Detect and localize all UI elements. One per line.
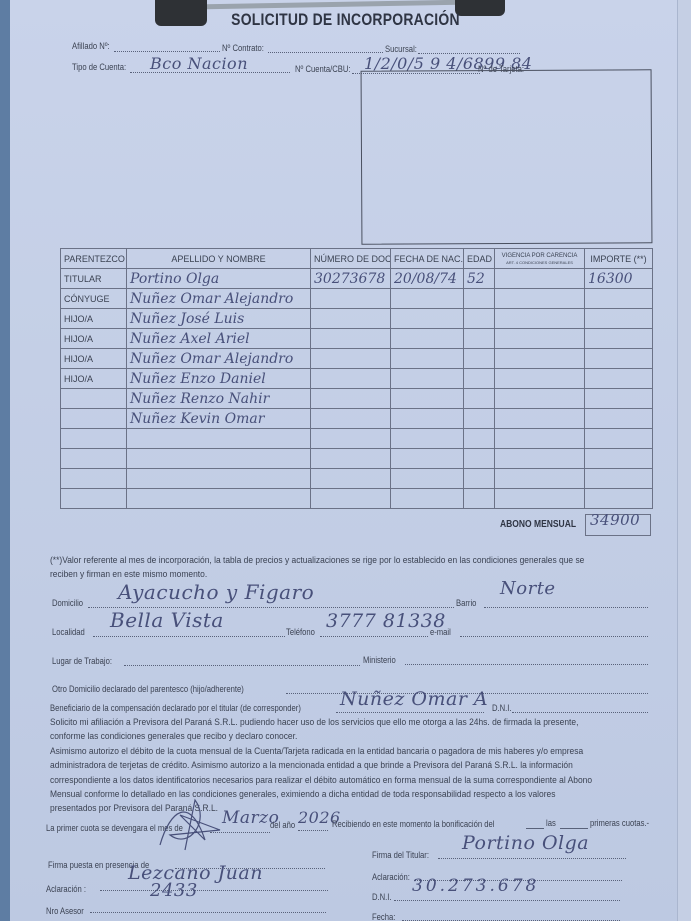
otro-domicilio-label: Otro Domicilio declarado del parentesco … — [52, 684, 244, 694]
firma-titular-label: Firma del Titular: — [372, 850, 429, 860]
cell-doc[interactable] — [311, 309, 391, 329]
cell-doc[interactable] — [311, 429, 391, 449]
family-table: PARENTEZCO APELLIDO Y NOMBRE NÚMERO DE D… — [60, 248, 653, 509]
cell-fecha[interactable] — [391, 289, 464, 309]
cell-parentezco[interactable] — [61, 389, 127, 409]
table-row: HIJO/ANuñez Enzo Daniel — [61, 369, 653, 389]
cell-edad[interactable] — [464, 289, 495, 309]
cell-fecha-value: 20/08/74 — [394, 271, 457, 287]
asesor-value: 2433 — [150, 880, 198, 901]
beneficiario-dni-field[interactable] — [512, 712, 648, 713]
ministerio-label: Ministerio — [363, 655, 396, 665]
cell-nombre[interactable]: Nuñez Renzo Nahir — [127, 389, 311, 409]
asesor-label: Nro Asesor — [46, 906, 84, 916]
abono-label: ABONO MENSUAL — [500, 519, 576, 530]
cell-importe-value: 16300 — [588, 271, 633, 287]
cell-importe[interactable] — [585, 369, 653, 389]
afiliado-field[interactable] — [114, 51, 220, 52]
beneficiario-dni-label: D.N.I. — [492, 703, 512, 713]
localidad-value: Bella Vista — [110, 608, 224, 632]
table-row: Nuñez Kevin Omar — [61, 409, 653, 429]
form-title: SOLICITUD DE INCORPORACIÓN — [62, 10, 629, 30]
table-header-row: PARENTEZCO APELLIDO Y NOMBRE NÚMERO DE D… — [61, 249, 653, 269]
table-row — [61, 449, 653, 469]
col-nombre: APELLIDO Y NOMBRE — [127, 249, 311, 269]
telefono-field[interactable] — [320, 636, 428, 637]
titular-dni-label: D.N.I. — [372, 892, 392, 902]
cell-doc[interactable] — [311, 329, 391, 349]
legal-text: Solicito mi afiliación a Previsora del P… — [50, 716, 596, 817]
cell-parentezco[interactable]: HIJO/A — [61, 349, 127, 369]
cell-nombre[interactable]: Nuñez Kevin Omar — [127, 409, 311, 429]
cell-nombre[interactable] — [127, 469, 311, 489]
cell-doc[interactable] — [311, 389, 391, 409]
table-row: CÓNYUGENuñez Omar Alejandro — [61, 289, 653, 309]
cell-importe[interactable] — [585, 329, 653, 349]
cell-nombre-value: Nuñez Renzo Nahir — [130, 391, 269, 407]
col-vigencia-sub: ART. 4 CONDICIONES GENERALES — [498, 260, 581, 265]
cell-nombre[interactable]: Nuñez Axel Ariel — [127, 329, 311, 349]
table-row — [61, 429, 653, 449]
cell-doc[interactable] — [311, 369, 391, 389]
bonificacion-las-label: las — [546, 818, 556, 828]
titular-aclaracion-label: Aclaración: — [372, 872, 410, 882]
contrato-field[interactable] — [268, 52, 383, 53]
barrio-label: Barrio — [456, 598, 476, 608]
email-field[interactable] — [460, 636, 648, 637]
cuota-anio-field[interactable] — [298, 830, 328, 831]
beneficiario-label: Beneficiario de la compensación declarad… — [50, 703, 301, 713]
cell-importe[interactable] — [585, 389, 653, 409]
cell-doc[interactable] — [311, 449, 391, 469]
abono-value: 34900 — [590, 511, 640, 529]
cell-parentezco[interactable]: HIJO/A — [61, 309, 127, 329]
cell-fecha[interactable] — [391, 489, 464, 509]
table-row: TITULARPortino Olga3027367820/08/7452163… — [61, 269, 653, 289]
cuenta-label: Nº Cuenta/CBU: — [295, 64, 351, 74]
cell-parentezco[interactable]: TITULAR — [61, 269, 127, 289]
bonificacion-1-field[interactable] — [526, 828, 544, 829]
cell-vigencia[interactable] — [495, 389, 585, 409]
col-edad: EDAD — [464, 249, 495, 269]
table-row — [61, 489, 653, 509]
cell-vigencia[interactable] — [495, 269, 585, 289]
cell-nombre[interactable]: Nuñez Omar Alejandro — [127, 289, 311, 309]
email-label: e-mail — [430, 627, 451, 637]
tipo-cuenta-label: Tipo de Cuenta: — [72, 62, 126, 72]
cell-vigencia[interactable] — [495, 469, 585, 489]
clip-wire — [203, 0, 461, 9]
table-row: Nuñez Renzo Nahir — [61, 389, 653, 409]
cell-nombre[interactable]: Nuñez Enzo Daniel — [127, 369, 311, 389]
cell-fecha[interactable] — [391, 349, 464, 369]
trabajo-label: Lugar de Trabajo: — [52, 656, 112, 666]
cell-parentezco[interactable]: HIJO/A — [61, 369, 127, 389]
cell-edad[interactable] — [464, 429, 495, 449]
col-vigencia-title: VIGENCIA POR CARENCIA — [502, 253, 578, 259]
cell-edad[interactable] — [464, 329, 495, 349]
witness-signature-icon — [150, 790, 240, 860]
col-fecha: FECHA DE NAC. — [391, 249, 464, 269]
cell-vigencia[interactable] — [495, 309, 585, 329]
table-row: HIJO/ANuñez Omar Alejandro — [61, 349, 653, 369]
cell-doc[interactable] — [311, 349, 391, 369]
legal-paragraph-1: Solicito mi afiliación a Previsora del P… — [50, 716, 596, 745]
col-importe: IMPORTE (**) — [585, 249, 653, 269]
table-row: HIJO/ANuñez Axel Ariel — [61, 329, 653, 349]
cell-doc[interactable]: 30273678 — [311, 269, 391, 289]
cuota-anio-label: del año — [270, 820, 295, 830]
aclaracion-label: Aclaración : — [46, 884, 86, 894]
cell-importe[interactable] — [585, 489, 653, 509]
sucursal-label: Sucursal: — [385, 44, 417, 54]
cell-parentezco[interactable] — [61, 409, 127, 429]
localidad-label: Localidad — [52, 627, 85, 637]
cell-doc[interactable] — [311, 469, 391, 489]
cell-nombre-value: Nuñez Omar Alejandro — [130, 351, 293, 367]
cell-importe[interactable] — [585, 469, 653, 489]
cell-importe[interactable] — [585, 449, 653, 469]
cell-importe[interactable] — [585, 409, 653, 429]
cell-fecha[interactable] — [391, 429, 464, 449]
table-row: HIJO/ANuñez José Luis — [61, 309, 653, 329]
cell-nombre[interactable] — [127, 449, 311, 469]
cell-doc[interactable] — [311, 409, 391, 429]
cell-doc[interactable] — [311, 289, 391, 309]
cell-vigencia[interactable] — [495, 329, 585, 349]
cell-nombre[interactable]: Portino Olga — [127, 269, 311, 289]
cell-vigencia[interactable] — [495, 429, 585, 449]
cell-edad[interactable] — [464, 469, 495, 489]
cell-importe[interactable]: 16300 — [585, 269, 653, 289]
cell-vigencia[interactable] — [495, 289, 585, 309]
cell-importe[interactable] — [585, 309, 653, 329]
aclaracion-field[interactable] — [100, 890, 328, 891]
barrio-value: Norte — [500, 578, 556, 599]
cell-vigencia[interactable] — [495, 489, 585, 509]
firma-titular-field[interactable] — [438, 858, 626, 859]
domicilio-label: Domicilio — [52, 598, 83, 608]
cell-edad[interactable] — [464, 409, 495, 429]
cell-parentezco[interactable] — [61, 469, 127, 489]
bonificacion-label: Recibiendo en este momento la bonificaci… — [332, 819, 494, 829]
titular-dni-field[interactable] — [394, 900, 620, 901]
background-left — [0, 0, 10, 921]
firma-titular-value: Portino Olga — [462, 832, 589, 854]
cell-nombre-value: Nuñez Axel Ariel — [130, 331, 250, 347]
cell-edad[interactable] — [464, 389, 495, 409]
cell-importe[interactable] — [585, 349, 653, 369]
cell-fecha[interactable] — [391, 449, 464, 469]
fecha-label: Fecha: — [372, 912, 395, 921]
cell-fecha[interactable] — [391, 469, 464, 489]
trabajo-field[interactable] — [124, 665, 360, 666]
cell-vigencia[interactable] — [495, 409, 585, 429]
contrato-label: Nº Contrato: — [222, 43, 264, 53]
barrio-field[interactable] — [484, 607, 648, 608]
cell-parentezco[interactable]: HIJO/A — [61, 329, 127, 349]
cell-parentezco[interactable] — [61, 449, 127, 469]
cell-edad[interactable] — [464, 489, 495, 509]
asesor-field[interactable] — [90, 912, 326, 913]
cell-parentezco[interactable]: CÓNYUGE — [61, 289, 127, 309]
cell-nombre[interactable] — [127, 489, 311, 509]
cell-vigencia[interactable] — [495, 369, 585, 389]
cell-nombre-value: Nuñez Kevin Omar — [130, 411, 264, 427]
cell-doc[interactable] — [311, 489, 391, 509]
tipo-cuenta-value: Bco Nacion — [150, 54, 248, 73]
bonificacion-suffix: primeras cuotas.- — [590, 818, 649, 828]
cell-fecha[interactable] — [391, 409, 464, 429]
cell-nombre[interactable]: Nuñez José Luis — [127, 309, 311, 329]
cell-nombre-value: Nuñez Omar Alejandro — [130, 291, 293, 307]
cell-fecha[interactable] — [391, 329, 464, 349]
table-row — [61, 469, 653, 489]
cell-edad[interactable] — [464, 369, 495, 389]
cell-fecha[interactable]: 20/08/74 — [391, 269, 464, 289]
cell-nombre-value: Nuñez Enzo Daniel — [130, 371, 266, 387]
bonificacion-2-field[interactable] — [560, 828, 588, 829]
cell-edad[interactable] — [464, 349, 495, 369]
col-doc: NÚMERO DE DOC. — [311, 249, 391, 269]
cell-edad[interactable] — [464, 309, 495, 329]
background-right — [677, 0, 691, 921]
domicilio-value: Ayacucho y Figaro — [118, 580, 314, 604]
cell-edad-value: 52 — [467, 271, 485, 287]
cell-importe[interactable] — [585, 289, 653, 309]
col-vigencia: VIGENCIA POR CARENCIAART. 4 CONDICIONES … — [495, 249, 585, 269]
cell-nombre[interactable] — [127, 429, 311, 449]
cell-vigencia[interactable] — [495, 449, 585, 469]
cell-edad[interactable] — [464, 449, 495, 469]
legal-paragraph-2: Asimismo autorizo el débito de la cuota … — [50, 745, 596, 817]
cell-fecha[interactable] — [391, 369, 464, 389]
cell-nombre[interactable]: Nuñez Omar Alejandro — [127, 349, 311, 369]
telefono-label: Teléfono — [286, 627, 315, 637]
titular-dni-value: 30.273.678 — [412, 876, 539, 896]
cell-doc-value: 30273678 — [314, 271, 385, 287]
cell-vigencia[interactable] — [495, 349, 585, 369]
afiliado-label: Afillado Nº: — [72, 41, 110, 51]
localidad-field[interactable] — [93, 636, 285, 637]
cell-edad[interactable]: 52 — [464, 269, 495, 289]
cell-fecha[interactable] — [391, 389, 464, 409]
beneficiario-value: Nuñez Omar A — [340, 688, 488, 710]
beneficiario-field[interactable] — [336, 712, 484, 713]
col-parentezco: PARENTEZCO — [61, 249, 127, 269]
cell-fecha[interactable] — [391, 309, 464, 329]
cell-nombre-value: Nuñez José Luis — [130, 311, 244, 327]
telefono-value: 3777 81338 — [326, 610, 446, 632]
cell-importe[interactable] — [585, 429, 653, 449]
cell-nombre-value: Portino Olga — [130, 271, 219, 287]
cell-parentezco[interactable] — [61, 429, 127, 449]
ministerio-field[interactable] — [405, 664, 648, 665]
cell-parentezco[interactable] — [61, 489, 127, 509]
card-box — [361, 69, 653, 245]
